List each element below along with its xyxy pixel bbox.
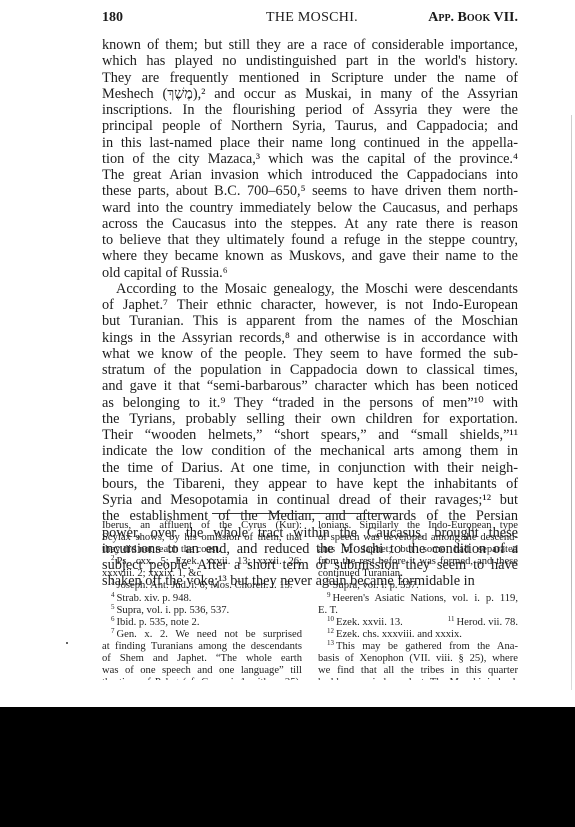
footnote-line: basis of Xenophon (VII. viii. § 25), whe… — [318, 653, 518, 665]
footnote-line: 13This may be gathered from the Ana- — [318, 641, 518, 653]
text-line: According to the Mosaic genealogy, the M… — [102, 281, 518, 297]
footnote-line: 2Ps. cxx. 5; Ezek. xxvii. 13; xxxii. 26; — [102, 556, 302, 568]
text-line: old capital of Russia.⁶ — [102, 265, 518, 281]
text-line: tion of the city Mazaca,³ which was the … — [102, 151, 518, 167]
footnote-line: xxxviii. 2; xxxix. 1, &c. — [102, 568, 302, 580]
footnote-text: Supra, vol. i. pp. 536, 537. — [117, 605, 230, 616]
footnote-number: 9 — [327, 591, 331, 599]
footnote-line: had become independent. The Moschi, inde… — [318, 677, 518, 680]
footnote-line: 7Gen. x. 2. We need not be surprised — [102, 629, 302, 641]
footnote-line: 9Heeren's Asiatic Nations, vol. i. p. 11… — [318, 593, 518, 605]
text-line: inscriptions. In the flourishing period … — [102, 102, 518, 118]
footnote-line: 3Joseph. Ant. Jud. i. 6; Mos. Choren. i.… — [102, 580, 302, 592]
footnote-text: basis of Xenophon (VII. viii. § 25), whe… — [318, 653, 518, 664]
footnote-text: xxxviii. 2; xxxix. 1, &c. — [102, 568, 204, 579]
footnote-text: Scylax shows, by his omission of them, t… — [102, 532, 302, 543]
footnote-number: 8 — [327, 578, 331, 586]
footnote-line: was of one speech and one language” till — [102, 665, 302, 677]
text-line: ward into the country immediately below … — [102, 200, 518, 216]
footnote-text: of speech was developed among the descen… — [318, 532, 518, 543]
page-edge-line — [571, 115, 572, 690]
footnote-line: we find that all the tribes in this quar… — [318, 665, 518, 677]
text-line: in this last-named place their name long… — [102, 135, 518, 151]
text-line: but Turanian. This is apparent from the … — [102, 313, 518, 329]
text-line: They are frequently mentioned in Scriptu… — [102, 70, 518, 86]
running-head: 180 THE MOSCHI. App. Book VII. — [102, 8, 518, 28]
footnote-text: Gen. x. 2. We need not be surprised — [117, 629, 303, 640]
footnote-number: 12 — [327, 627, 334, 635]
footnote-text: we find that all the tribes in this quar… — [318, 665, 518, 676]
text-line: and gave it that “semi-barbarous” charac… — [102, 378, 518, 394]
text-line: Their “wooden helmets,” “short spears,” … — [102, 427, 518, 443]
text-line: to believe that they ultimately found a … — [102, 232, 518, 248]
body-text: known of them; but still they are a race… — [102, 37, 518, 590]
footnote-number: 2 — [111, 554, 115, 562]
footnote-number: 10 — [327, 615, 334, 623]
footnotes-right-column: lonians. Similarly the Indo-European typ… — [318, 520, 518, 680]
footnote-text: the time of Peleg (cf. Gen. xi. 1 with x… — [102, 677, 302, 680]
text-line: indicate the low condition of the mechan… — [102, 443, 518, 459]
footnote-text: Supra, vol. i. p. 537. — [333, 580, 419, 591]
footnote-line: they did not reach the coast. — [102, 544, 302, 556]
footnote-text: had become independent. The Moschi, inde… — [318, 677, 518, 680]
text-line: which has played no undistinguished part… — [102, 53, 518, 69]
footnote-text: Heeren's Asiatic Nations, vol. i. p. 119… — [333, 593, 519, 604]
text-line: known of them; but still they are a race… — [102, 37, 518, 53]
text-line: stratum of the population in Cappadocia … — [102, 362, 518, 378]
footnote-text: was of one speech and one language” till — [102, 665, 302, 676]
paragraph: known of them; but still they are a race… — [102, 37, 518, 281]
footnote-text: Ps. cxx. 5; Ezek. xxvii. 13; xxxii. 26; — [117, 556, 303, 567]
footnote-text: Ibid. p. 535, note 2. — [117, 617, 200, 628]
footnote-line: 5Supra, vol. i. pp. 536, 537. — [102, 605, 302, 617]
footnote-text: Ezek. chs. xxxviii. and xxxix. — [336, 629, 462, 640]
footnote-text: Joseph. Ant. Jud. i. 6; Mos. Choren. i. … — [117, 580, 293, 591]
text-line: the Tyrians, probably selling their own … — [102, 411, 518, 427]
text-line: the time of Darius. At one time, in conj… — [102, 460, 518, 476]
text-line: bours, the Tibareni, they appear to have… — [102, 476, 518, 492]
footnote-number: 11 — [448, 615, 455, 623]
footnote-number: 7 — [111, 627, 115, 635]
text-line: kings in the Assyrian records,⁸ and othe… — [102, 330, 518, 346]
text-line: The great Arian invasion which introduce… — [102, 167, 518, 183]
footnote-number: 5 — [111, 603, 115, 611]
footnote-text: from the rest before it was formed, and … — [318, 556, 518, 567]
text-line: as belonging to it.⁹ They “traded in the… — [102, 395, 518, 411]
text-line: these parts, about B.C. 700–650,⁵ seems … — [102, 183, 518, 199]
footnote-separator — [212, 513, 398, 514]
footnote-text: they did not reach the coast. — [102, 544, 221, 555]
footnote-text: Herod. vii. 78. — [457, 617, 519, 628]
footnote-line: E. T. — [318, 605, 518, 617]
footnote-line: 10Ezek. xxvii. 13.11Herod. vii. 78. — [318, 617, 518, 629]
scanned-page: 180 THE MOSCHI. App. Book VII. known of … — [0, 0, 575, 707]
footnote-line: 12Ezek. chs. xxxviii. and xxxix. — [318, 629, 518, 641]
section-label: App. Book VII. — [428, 8, 518, 28]
footnote-text: ants of Japhet; but some had separated — [318, 544, 518, 555]
footnote-number: 6 — [111, 615, 115, 623]
footnote-line: continued Turanian. — [318, 568, 518, 580]
footnote-line: lonians. Similarly the Indo-European typ… — [318, 520, 518, 532]
footnote-text: This may be gathered from the Ana- — [336, 641, 518, 652]
footnote-line: from the rest before it was formed, and … — [318, 556, 518, 568]
footnote-number: 4 — [111, 591, 115, 599]
text-line: across the Caucasus into the steppes. At… — [102, 216, 518, 232]
footnote-text: Strab. xiv. p. 948. — [117, 593, 192, 604]
footnote-line: Iberus, an affluent of the Cyrus (Kur): — [102, 520, 302, 532]
footnote-line: of speech was developed among the descen… — [318, 532, 518, 544]
footnote-text: of Shem and Japhet. “The whole earth — [102, 653, 302, 664]
text-line: where they became known as Muskovs, and … — [102, 248, 518, 264]
footnote-line: 6Ibid. p. 535, note 2. — [102, 617, 302, 629]
footnote-line: 8Supra, vol. i. p. 537. — [318, 580, 518, 592]
footnote-number: 3 — [111, 578, 115, 586]
footnote-text: E. T. — [318, 605, 338, 616]
text-line: principal people of Northern Syria, Taur… — [102, 118, 518, 134]
footnote-line: at finding Turanians among the descendan… — [102, 641, 302, 653]
footnote-line: of Shem and Japhet. “The whole earth — [102, 653, 302, 665]
text-line: of Japhet.⁷ Their ethnic character, howe… — [102, 297, 518, 313]
footnote-text: at finding Turanians among the descendan… — [102, 641, 302, 652]
text-line: Meshech (מֶשֶׁךְ),² and occur as Muskai,… — [102, 86, 518, 102]
footnote-text: Ezek. xxvii. 13. — [336, 617, 403, 628]
text-line: what we know of the people. They seem to… — [102, 346, 518, 362]
text-line: Syria and Mesopotamia in continual dread… — [102, 492, 518, 508]
footnote-line: 4Strab. xiv. p. 948. — [102, 593, 302, 605]
footnotes-left-column: Iberus, an affluent of the Cyrus (Kur):S… — [102, 520, 302, 680]
footnote-line: the time of Peleg (cf. Gen. xi. 1 with x… — [102, 677, 302, 680]
footnote-line: ants of Japhet; but some had separated — [318, 544, 518, 556]
footnote-line: Scylax shows, by his omission of them, t… — [102, 532, 302, 544]
footnote-number: 13 — [327, 639, 334, 647]
footnote-text: Iberus, an affluent of the Cyrus (Kur): — [102, 520, 302, 531]
scan-speck — [66, 642, 68, 644]
footnote-text: lonians. Similarly the Indo-European typ… — [318, 520, 518, 531]
